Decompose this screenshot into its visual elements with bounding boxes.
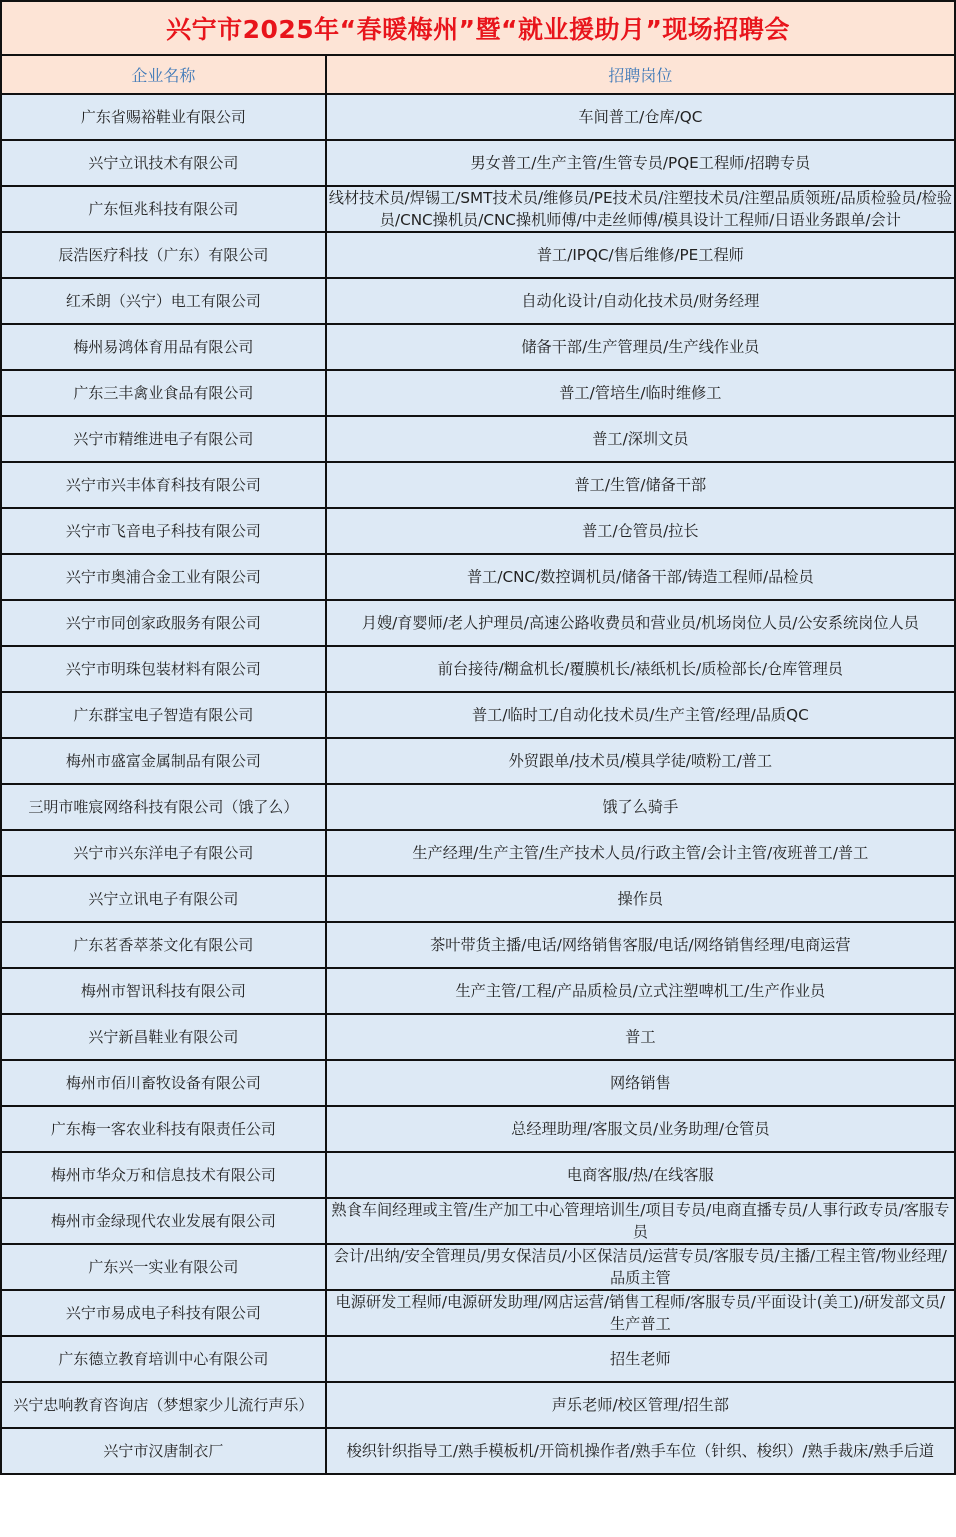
table-row: 兴宁市同创家政服务有限公司月嫂/育婴师/老人护理员/高速公路收费员和营业员/机场… — [1, 600, 955, 646]
company-name-cell: 兴宁市汉唐制衣厂 — [1, 1428, 326, 1474]
positions-cell: 普工 — [326, 1014, 955, 1060]
positions-cell: 声乐老师/校区管理/招生部 — [326, 1382, 955, 1428]
table-row: 三明市唯宸网络科技有限公司（饿了么）饿了么骑手 — [1, 784, 955, 830]
table-row: 梅州市智讯科技有限公司生产主管/工程/产品质检员/立式注塑啤机工/生产作业员 — [1, 968, 955, 1014]
company-name-cell: 兴宁市明珠包装材料有限公司 — [1, 646, 326, 692]
table-row: 广东兴一实业有限公司会计/出纳/安全管理员/男女保洁员/小区保洁员/运营专员/客… — [1, 1244, 955, 1290]
header-row: 企业名称 招聘岗位 — [1, 55, 955, 94]
positions-cell: 生产经理/生产主管/生产技术人员/行政主管/会计主管/夜班普工/普工 — [326, 830, 955, 876]
company-name-cell: 兴宁立讯电子有限公司 — [1, 876, 326, 922]
table-row: 广东茗香萃茶文化有限公司茶叶带货主播/电话/网络销售客服/电话/网络销售经理/电… — [1, 922, 955, 968]
table-row: 兴宁忠响教育咨询店（梦想家少儿流行声乐）声乐老师/校区管理/招生部 — [1, 1382, 955, 1428]
positions-cell: 操作员 — [326, 876, 955, 922]
positions-cell: 总经理助理/客服文员/业务助理/仓管员 — [326, 1106, 955, 1152]
table-row: 广东梅一客农业科技有限责任公司总经理助理/客服文员/业务助理/仓管员 — [1, 1106, 955, 1152]
company-name-cell: 梅州市金绿现代农业发展有限公司 — [1, 1198, 326, 1244]
company-name-cell: 红禾朗（兴宁）电工有限公司 — [1, 278, 326, 324]
company-name-cell: 梅州市智讯科技有限公司 — [1, 968, 326, 1014]
table-row: 兴宁市兴东洋电子有限公司生产经理/生产主管/生产技术人员/行政主管/会计主管/夜… — [1, 830, 955, 876]
table-row: 广东三丰禽业食品有限公司普工/管培生/临时维修工 — [1, 370, 955, 416]
positions-cell: 饿了么骑手 — [326, 784, 955, 830]
company-name-cell: 梅州市华众万和信息技术有限公司 — [1, 1152, 326, 1198]
company-name-cell: 兴宁市飞音电子科技有限公司 — [1, 508, 326, 554]
positions-cell: 普工/生管/储备干部 — [326, 462, 955, 508]
company-name-cell: 兴宁市同创家政服务有限公司 — [1, 600, 326, 646]
company-name-cell: 广东梅一客农业科技有限责任公司 — [1, 1106, 326, 1152]
positions-cell: 招生老师 — [326, 1336, 955, 1382]
positions-cell: 熟食车间经理或主管/生产加工中心管理培训生/项目专员/电商直播专员/人事行政专员… — [326, 1198, 955, 1244]
positions-cell: 男女普工/生产主管/生管专员/PQE工程师/招聘专员 — [326, 140, 955, 186]
company-name-cell: 广东恒兆科技有限公司 — [1, 186, 326, 232]
company-name-cell: 广东兴一实业有限公司 — [1, 1244, 326, 1290]
positions-cell: 自动化设计/自动化技术员/财务经理 — [326, 278, 955, 324]
positions-cell: 电源研发工程师/电源研发助理/网店运营/销售工程师/客服专员/平面设计(美工)/… — [326, 1290, 955, 1336]
company-name-cell: 梅州易鸿体育用品有限公司 — [1, 324, 326, 370]
table-body: 广东省赐裕鞋业有限公司车间普工/仓库/QC兴宁立讯技术有限公司男女普工/生产主管… — [1, 94, 955, 1474]
table-row: 梅州易鸿体育用品有限公司储备干部/生产管理员/生产线作业员 — [1, 324, 955, 370]
company-name-cell: 兴宁新昌鞋业有限公司 — [1, 1014, 326, 1060]
positions-cell: 车间普工/仓库/QC — [326, 94, 955, 140]
positions-cell: 储备干部/生产管理员/生产线作业员 — [326, 324, 955, 370]
table-row: 兴宁市汉唐制衣厂梭织针织指导工/熟手模板机/开筒机操作者/熟手车位（针织、梭织）… — [1, 1428, 955, 1474]
table-row: 梅州市佰川畜牧设备有限公司网络销售 — [1, 1060, 955, 1106]
positions-cell: 普工/仓管员/拉长 — [326, 508, 955, 554]
positions-cell: 普工/临时工/自动化技术员/生产主管/经理/品质QC — [326, 692, 955, 738]
company-name-cell: 广东群宝电子智造有限公司 — [1, 692, 326, 738]
table-row: 兴宁市飞音电子科技有限公司普工/仓管员/拉长 — [1, 508, 955, 554]
table-row: 兴宁市易成电子科技有限公司电源研发工程师/电源研发助理/网店运营/销售工程师/客… — [1, 1290, 955, 1336]
title-row: 兴宁市2025年“春暖梅州”暨“就业援助月”现场招聘会 — [1, 1, 955, 55]
table-row: 兴宁市明珠包装材料有限公司前台接待/糊盒机长/覆膜机长/裱纸机长/质检部长/仓库… — [1, 646, 955, 692]
table-row: 兴宁立讯电子有限公司操作员 — [1, 876, 955, 922]
table-row: 兴宁市兴丰体育科技有限公司普工/生管/储备干部 — [1, 462, 955, 508]
company-name-cell: 兴宁市易成电子科技有限公司 — [1, 1290, 326, 1336]
recruitment-table: 兴宁市2025年“春暖梅州”暨“就业援助月”现场招聘会 企业名称 招聘岗位 广东… — [0, 0, 956, 1475]
company-name-cell: 广东德立教育培训中心有限公司 — [1, 1336, 326, 1382]
positions-cell: 梭织针织指导工/熟手模板机/开筒机操作者/熟手车位（针织、梭织）/熟手裁床/熟手… — [326, 1428, 955, 1474]
positions-cell: 网络销售 — [326, 1060, 955, 1106]
table-row: 兴宁立讯技术有限公司男女普工/生产主管/生管专员/PQE工程师/招聘专员 — [1, 140, 955, 186]
company-name-cell: 兴宁忠响教育咨询店（梦想家少儿流行声乐） — [1, 1382, 326, 1428]
company-name-cell: 兴宁市精维进电子有限公司 — [1, 416, 326, 462]
table-row: 广东德立教育培训中心有限公司招生老师 — [1, 1336, 955, 1382]
positions-cell: 普工/CNC/数控调机员/储备干部/铸造工程师/品检员 — [326, 554, 955, 600]
column-header-positions: 招聘岗位 — [326, 55, 955, 94]
table-row: 梅州市华众万和信息技术有限公司电商客服/热/在线客服 — [1, 1152, 955, 1198]
page-title: 兴宁市2025年“春暖梅州”暨“就业援助月”现场招聘会 — [1, 1, 955, 55]
company-name-cell: 兴宁市奥浦合金工业有限公司 — [1, 554, 326, 600]
positions-cell: 外贸跟单/技术员/模具学徒/喷粉工/普工 — [326, 738, 955, 784]
positions-cell: 普工/深圳文员 — [326, 416, 955, 462]
company-name-cell: 梅州市盛富金属制品有限公司 — [1, 738, 326, 784]
table-row: 兴宁市精维进电子有限公司普工/深圳文员 — [1, 416, 955, 462]
company-name-cell: 辰浩医疗科技（广东）有限公司 — [1, 232, 326, 278]
company-name-cell: 兴宁市兴丰体育科技有限公司 — [1, 462, 326, 508]
column-header-company: 企业名称 — [1, 55, 326, 94]
table-row: 兴宁新昌鞋业有限公司普工 — [1, 1014, 955, 1060]
company-name-cell: 广东三丰禽业食品有限公司 — [1, 370, 326, 416]
positions-cell: 电商客服/热/在线客服 — [326, 1152, 955, 1198]
company-name-cell: 梅州市佰川畜牧设备有限公司 — [1, 1060, 326, 1106]
positions-cell: 生产主管/工程/产品质检员/立式注塑啤机工/生产作业员 — [326, 968, 955, 1014]
table-row: 广东省赐裕鞋业有限公司车间普工/仓库/QC — [1, 94, 955, 140]
positions-cell: 茶叶带货主播/电话/网络销售客服/电话/网络销售经理/电商运营 — [326, 922, 955, 968]
company-name-cell: 兴宁市兴东洋电子有限公司 — [1, 830, 326, 876]
table-row: 广东恒兆科技有限公司线材技术员/焊锡工/SMT技术员/维修员/PE技术员/注塑技… — [1, 186, 955, 232]
table-row: 兴宁市奥浦合金工业有限公司普工/CNC/数控调机员/储备干部/铸造工程师/品检员 — [1, 554, 955, 600]
positions-cell: 线材技术员/焊锡工/SMT技术员/维修员/PE技术员/注塑技术员/注塑品质领班/… — [326, 186, 955, 232]
table-row: 广东群宝电子智造有限公司普工/临时工/自动化技术员/生产主管/经理/品质QC — [1, 692, 955, 738]
table-row: 辰浩医疗科技（广东）有限公司普工/IPQC/售后维修/PE工程师 — [1, 232, 955, 278]
positions-cell: 普工/管培生/临时维修工 — [326, 370, 955, 416]
positions-cell: 前台接待/糊盒机长/覆膜机长/裱纸机长/质检部长/仓库管理员 — [326, 646, 955, 692]
table-row: 梅州市盛富金属制品有限公司外贸跟单/技术员/模具学徒/喷粉工/普工 — [1, 738, 955, 784]
company-name-cell: 兴宁立讯技术有限公司 — [1, 140, 326, 186]
positions-cell: 月嫂/育婴师/老人护理员/高速公路收费员和营业员/机场岗位人员/公安系统岗位人员 — [326, 600, 955, 646]
company-name-cell: 广东茗香萃茶文化有限公司 — [1, 922, 326, 968]
table-row: 红禾朗（兴宁）电工有限公司自动化设计/自动化技术员/财务经理 — [1, 278, 955, 324]
company-name-cell: 三明市唯宸网络科技有限公司（饿了么） — [1, 784, 326, 830]
table-row: 梅州市金绿现代农业发展有限公司熟食车间经理或主管/生产加工中心管理培训生/项目专… — [1, 1198, 955, 1244]
positions-cell: 会计/出纳/安全管理员/男女保洁员/小区保洁员/运营专员/客服专员/主播/工程主… — [326, 1244, 955, 1290]
company-name-cell: 广东省赐裕鞋业有限公司 — [1, 94, 326, 140]
positions-cell: 普工/IPQC/售后维修/PE工程师 — [326, 232, 955, 278]
